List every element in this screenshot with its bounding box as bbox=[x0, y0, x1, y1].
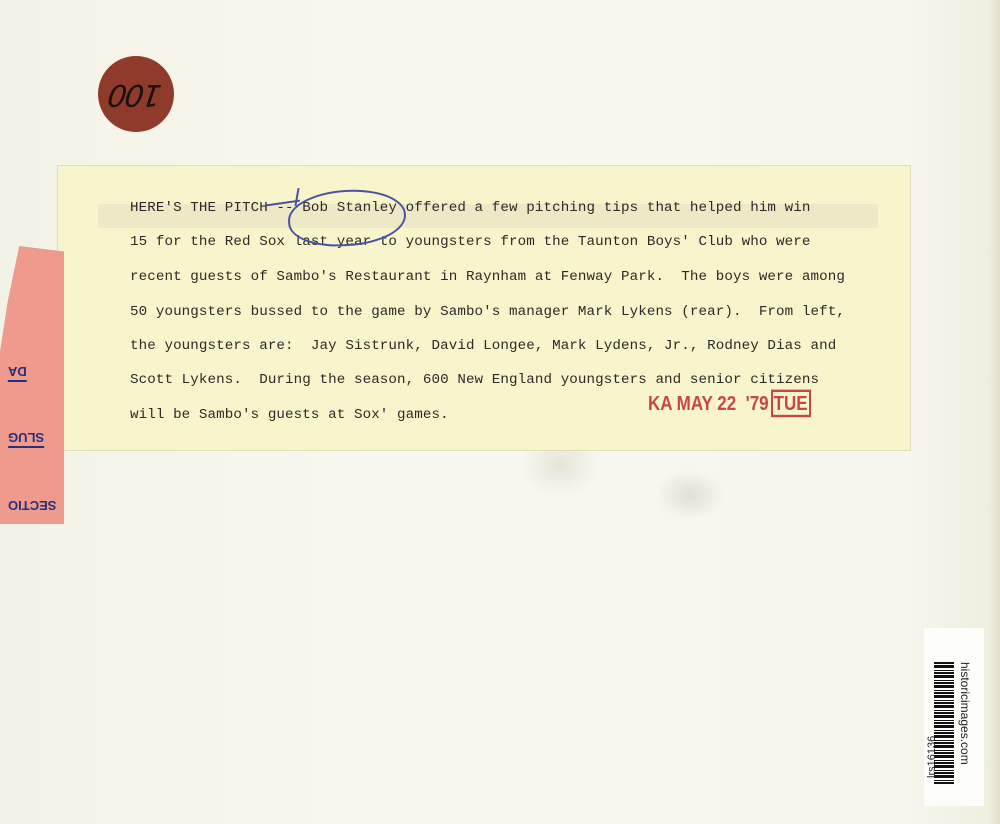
date-stamp: KA MAY 22 '79TUE bbox=[648, 392, 811, 416]
tag-label-slug: SLUG bbox=[8, 430, 44, 448]
stamp-date: MAY 22 bbox=[677, 392, 737, 415]
stamp-day: TUE bbox=[771, 390, 811, 418]
caption-line: 15 for the Red Sox last year to youngste… bbox=[130, 234, 811, 250]
caption-slip: HERE'S THE PITCH -- Bob Stanley offered … bbox=[58, 166, 910, 450]
number-sticker: 100 bbox=[98, 56, 174, 132]
barcode-label: historicimages.com lrs16136 bbox=[924, 628, 984, 806]
stamp-year: '79 bbox=[746, 392, 769, 415]
caption-line: the youngsters are: Jay Sistrunk, David … bbox=[130, 338, 836, 354]
barcode-site: historicimages.com bbox=[958, 662, 972, 765]
barcode-id: lrs16136 bbox=[926, 736, 938, 778]
tag-label-section: SECTIO bbox=[8, 498, 56, 513]
caption-line: HERE'S THE PITCH -- Bob Stanley offered … bbox=[130, 200, 811, 216]
stamp-prefix: KA bbox=[648, 392, 672, 415]
caption-line: 50 youngsters bussed to the game by Samb… bbox=[130, 304, 845, 320]
tag-label-da: DA bbox=[8, 364, 27, 382]
caption-line: Scott Lykens. During the season, 600 New… bbox=[130, 372, 819, 388]
caption-line: recent guests of Sambo's Restaurant in R… bbox=[130, 269, 845, 285]
paper-edge bbox=[988, 0, 1000, 824]
caption-line: will be Sambo's guests at Sox' games. bbox=[130, 407, 449, 423]
sticker-number: 100 bbox=[108, 77, 164, 112]
